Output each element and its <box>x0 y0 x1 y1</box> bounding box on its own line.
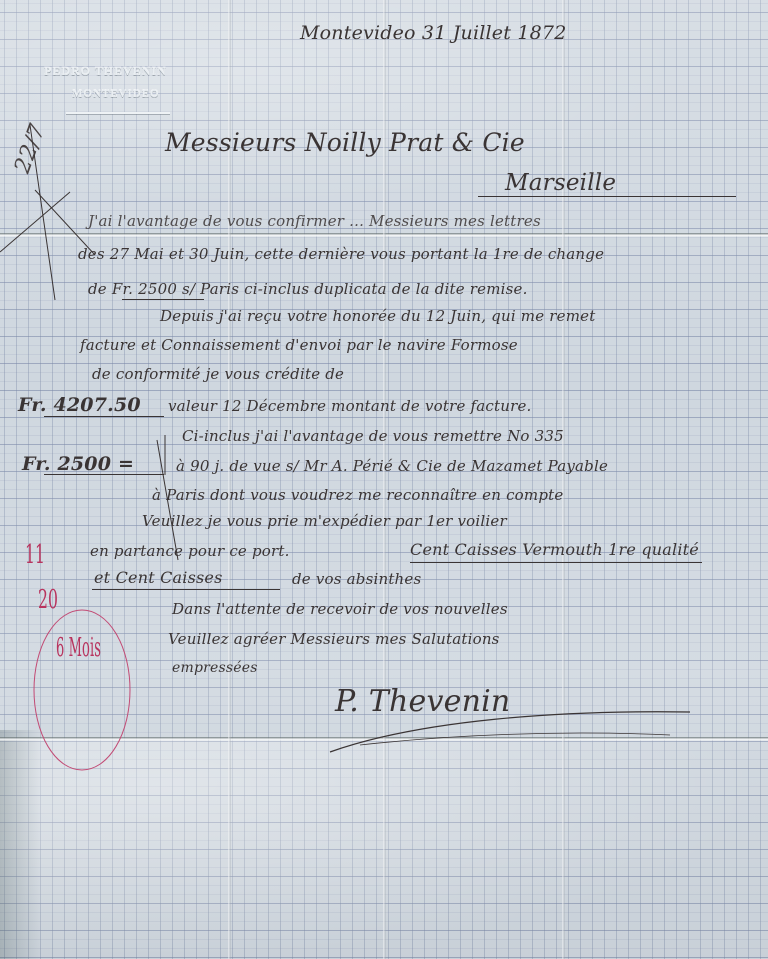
order-vermouth-underline <box>410 562 702 563</box>
body-line-11: Veuillez je vous prie m'expédier par 1er… <box>142 512 507 530</box>
order-absinthe: et Cent Caisses <box>94 568 223 587</box>
body-line-2: des 27 Mai et 30 Juin, cette dernière vo… <box>78 245 604 263</box>
letter-page: PEDRO THEVENIN MONTEVIDEO Montevideo 31 … <box>0 0 768 959</box>
red-note-1: 11 <box>25 540 45 570</box>
order-absinthe-underline <box>92 589 280 590</box>
amount-underline <box>122 299 204 300</box>
body-line-6: de conformité je vous crédite de <box>92 365 344 383</box>
closing-line-1: Dans l'attente de recevoir de vos nouvel… <box>172 600 508 618</box>
body-line-12: en partance pour ce port. <box>90 542 290 560</box>
body-line-5: facture et Connaissement d'envoi par le … <box>80 336 518 354</box>
body-line-7: valeur 12 Décembre montant de votre fact… <box>168 397 532 415</box>
red-note-3: 6 Mois <box>56 633 101 663</box>
body-line-8: Ci-inclus j'ai l'avantage de vous remett… <box>182 427 564 445</box>
pen-strokes <box>0 0 768 959</box>
body-line-1: J'ai l'avantage de vous confirmer ... Me… <box>88 212 541 230</box>
signature: P. Thevenin <box>335 684 510 719</box>
body-line-3: de Fr. 2500 s/ Paris ci-inclus duplicata… <box>88 280 528 298</box>
order-absinthe-rest: de vos absinthes <box>292 570 421 588</box>
body-line-4: Depuis j'ai reçu votre honorée du 12 Jui… <box>160 307 595 325</box>
closing-line-3: empressées <box>172 660 258 676</box>
order-vermouth: Cent Caisses Vermouth 1re qualité <box>410 540 699 559</box>
credit-underline <box>44 416 164 417</box>
body-line-9: à 90 j. de vue s/ Mr A. Périé & Cie de M… <box>176 457 608 475</box>
red-note-2: 20 <box>38 585 58 615</box>
remittance-amount: Fr. 2500 = <box>22 453 134 475</box>
credit-amount: Fr. 4207.50 <box>18 394 141 416</box>
remittance-underline <box>44 474 164 475</box>
closing-line-2: Veuillez agréer Messieurs mes Salutation… <box>168 630 500 648</box>
body-line-10: à Paris dont vous voudrez me reconnaître… <box>152 486 563 504</box>
